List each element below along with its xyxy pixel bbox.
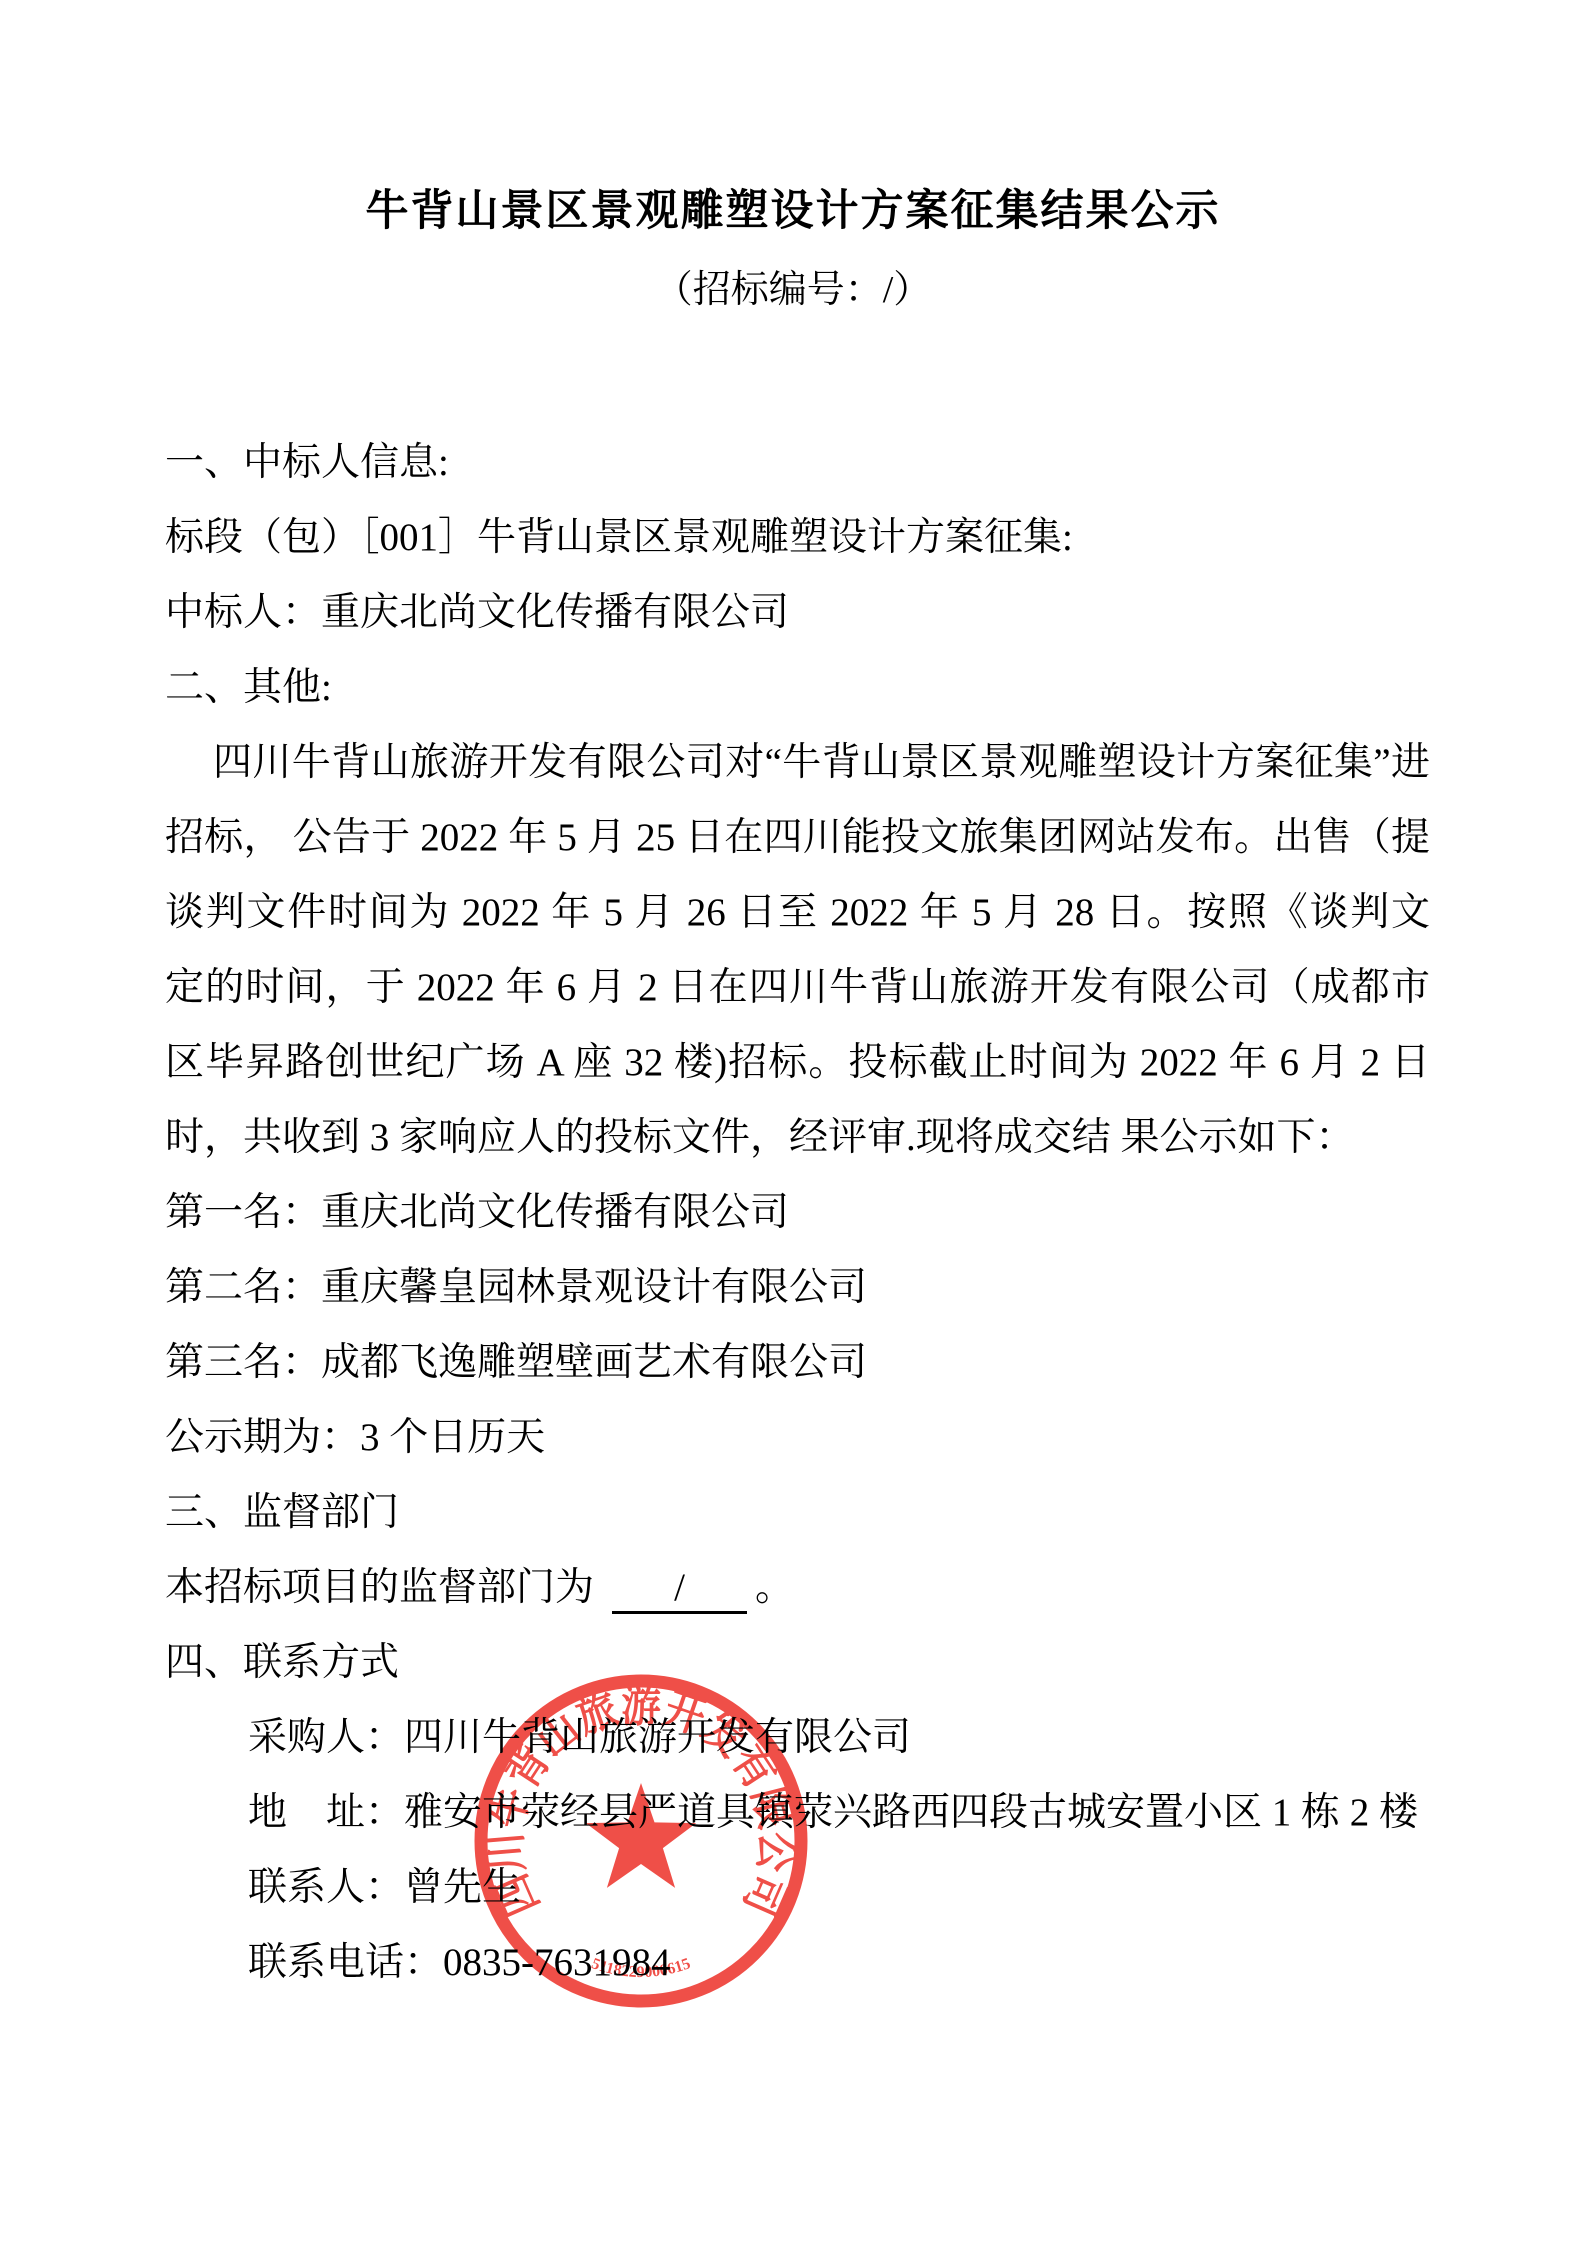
tender-number-subtitle: （招标编号：/） bbox=[0, 268, 1586, 314]
section2-heading: 二、其他: bbox=[165, 650, 1430, 725]
contact-label: 联系人： bbox=[248, 1866, 404, 1909]
paragraph-line: 谈判文件时间为 2022 年 5 月 26 日至 2022 年 5 月 28 日… bbox=[165, 875, 1430, 950]
company-seal: 四川牛背山旅游开发有限公司 5118229000615 bbox=[471, 1671, 811, 2011]
supervision-blank: / bbox=[612, 1565, 747, 1614]
paragraph-line: 四川牛背山旅游开发有限公司对“牛背山景区景观雕塑设计方案征集”进行 bbox=[165, 725, 1430, 800]
supervision-line: 本招标项目的监督部门为/。 bbox=[165, 1550, 1430, 1625]
rank-line-2: 第二名：重庆馨皇园林景观设计有限公司 bbox=[165, 1250, 1430, 1325]
page-title: 牛背山景区景观雕塑设计方案征集结果公示 bbox=[0, 188, 1586, 235]
section3-heading: 三、监督部门 bbox=[165, 1475, 1430, 1550]
paragraph-line: 招标， 公告于 2022 年 5 月 25 日在四川能投文旅集团网站发布。出售（… bbox=[165, 800, 1430, 875]
contact-label: 联系电话： bbox=[248, 1941, 443, 1984]
contact-label: 地 址： bbox=[248, 1791, 404, 1834]
rank-line-1: 第一名：重庆北尚文化传播有限公司 bbox=[165, 1175, 1430, 1250]
section1-heading: 一、中标人信息: bbox=[165, 425, 1430, 500]
rank-line-3: 第三名：成都飞逸雕塑壁画艺术有限公司 bbox=[165, 1325, 1430, 1400]
seal-star-icon bbox=[586, 1783, 696, 1888]
contact-label: 采购人： bbox=[248, 1716, 404, 1759]
paragraph-line: 区毕昇路创世纪广场 A 座 32 楼)招标。投标截止时间为 2022 年 6 月… bbox=[165, 1025, 1430, 1100]
seal-code-text: 5118229000615 bbox=[589, 1955, 693, 1981]
paragraph-line: 时，共收到 3 家响应人的投标文件，经评审.现将成交结 果公示如下： bbox=[165, 1100, 1430, 1175]
publicity-period-line: 公示期为：3 个日历天 bbox=[165, 1400, 1430, 1475]
paragraph-line: 定的时间，于 2022 年 6 月 2 日在四川牛背山旅游开发有限公司（成都市锦… bbox=[165, 950, 1430, 1025]
document-page: 牛背山景区景观雕塑设计方案征集结果公示 （招标编号：/） 一、中标人信息: 标段… bbox=[0, 0, 1586, 2245]
winner-line: 中标人：重庆北尚文化传播有限公司 bbox=[165, 575, 1430, 650]
lot-line: 标段（包）［001］牛背山景区景观雕塑设计方案征集: bbox=[165, 500, 1430, 575]
supervision-prefix: 本招标项目的监督部门为 bbox=[165, 1566, 594, 1609]
supervision-suffix: 。 bbox=[755, 1566, 794, 1609]
